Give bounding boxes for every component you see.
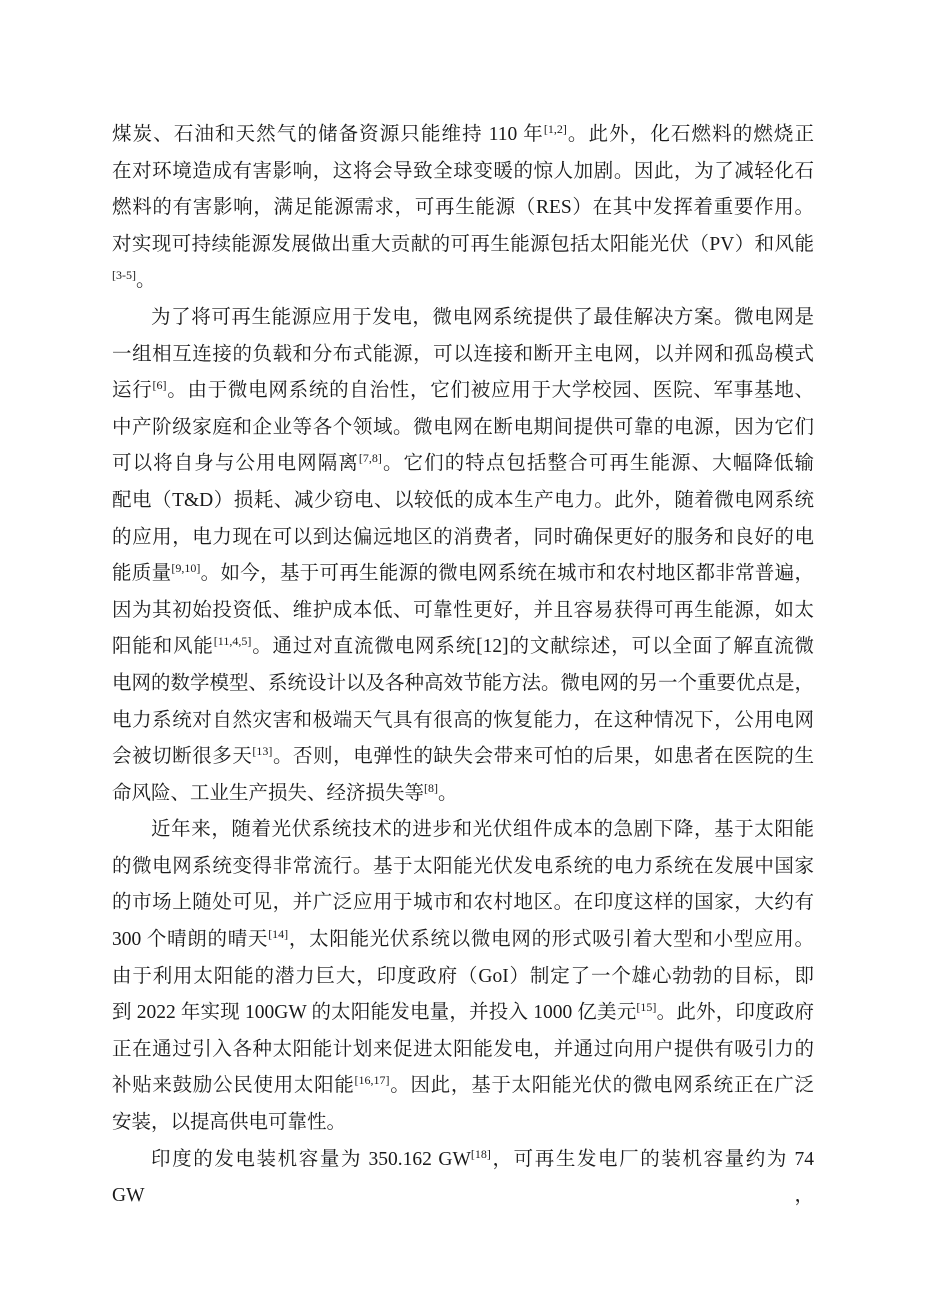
citation-superscript: [14] — [268, 927, 288, 941]
text-line: 的市场上随处可见，并广泛应用于城市和农村地区。在印度这样的国家，大约有 — [112, 885, 814, 922]
citation-superscript: [15] — [636, 1000, 656, 1014]
text-run: 300 个晴朗的晴天 — [112, 929, 268, 950]
text-line: 由于利用太阳能的潜力巨大，印度政府（GoI）制定了一个雄心勃勃的目标，即 — [112, 959, 814, 996]
text-run: 安装，以提高供电可靠性。 — [112, 1112, 346, 1133]
text-run: 在对环境造成有害影响，这将会导致全球变暖的惊人加剧。因此，为了减轻化石 — [112, 161, 814, 182]
text-run: 运行 — [112, 380, 152, 401]
text-run: 的市场上随处可见，并广泛应用于城市和农村地区。在印度这样的国家，大约有 — [112, 892, 814, 913]
text-line: 阳能和风能[11,4,5]。通过对直流微电网系统[12]的文献综述，可以全面了解… — [112, 629, 814, 666]
paragraph: 为了将可再生能源应用于发电，微电网系统提供了最佳解决方案。微电网是一组相互连接的… — [112, 300, 814, 812]
document-body: 煤炭、石油和天然气的储备资源只能维持 110 年[1,2]。此外，化石燃料的燃烧… — [112, 117, 814, 1178]
text-run: 。 — [438, 783, 458, 804]
text-line: 电网的数学模型、系统设计以及各种高效节能方法。微电网的另一个重要优点是， — [112, 666, 814, 703]
text-run: 电网的数学模型、系统设计以及各种高效节能方法。微电网的另一个重要优点是， — [112, 673, 814, 694]
text-run: 电力系统对自然灾害和极端天气具有很高的恢复能力，在这种情况下，公用电网 — [112, 710, 814, 731]
text-run: 阳能和风能 — [112, 636, 214, 657]
text-run: 配电（T&D）损耗、减少窃电、以较低的成本生产电力。此外，随着微电网系统 — [112, 490, 814, 511]
citation-superscript: [1,2] — [544, 122, 567, 136]
text-run: 补贴来鼓励公民使用太阳能 — [112, 1075, 355, 1096]
text-run: 。 — [136, 270, 156, 291]
citation-superscript: [8] — [424, 781, 438, 795]
text-run: 的应用，电力现在可以到达偏远地区的消费者，同时确保更好的服务和良好的电 — [112, 527, 814, 548]
text-run: 。它们的特点包括整合可再生能源、大幅降低输 — [382, 453, 814, 474]
text-line: 燃料的有害影响，满足能源需求，可再生能源（RES）在其中发挥着重要作用。 — [112, 190, 814, 227]
text-line: 中产阶级家庭和企业等各个领域。微电网在断电期间提供可靠的电源，因为它们 — [112, 410, 814, 447]
paragraph: 印度的发电装机容量为 350.162 GW[18]，可再生发电厂的装机容量约为 … — [112, 1142, 814, 1179]
text-run: 因为其初始投资低、维护成本低、可靠性更好，并且容易获得可再生能源，如太 — [112, 600, 814, 621]
citation-superscript: [16,17] — [355, 1073, 390, 1087]
text-run: 。否则，电弹性的缺失会带来可怕的后果，如患者在医院的生 — [272, 746, 814, 767]
text-line: 因为其初始投资低、维护成本低、可靠性更好，并且容易获得可再生能源，如太 — [112, 593, 814, 630]
text-line: 对实现可持续能源发展做出重大贡献的可再生能源包括太阳能光伏（PV）和风能 — [112, 227, 814, 264]
text-line: 运行[6]。由于微电网系统的自治性，它们被应用于大学校园、医院、军事基地、 — [112, 373, 814, 410]
text-line: 会被切断很多天[13]。否则，电弹性的缺失会带来可怕的后果，如患者在医院的生 — [112, 739, 814, 776]
text-line: 的应用，电力现在可以到达偏远地区的消费者，同时确保更好的服务和良好的电 — [112, 520, 814, 557]
text-run: 近年来，随着光伏系统技术的进步和光伏组件成本的急剧下降，基于太阳能 — [151, 819, 814, 840]
text-run: 。此外，化石燃料的燃烧正 — [567, 124, 814, 145]
text-line: 近年来，随着光伏系统技术的进步和光伏组件成本的急剧下降，基于太阳能 — [112, 812, 814, 849]
text-run: 。如今，基于可再生能源的微电网系统在城市和农村地区都非常普遍， — [200, 563, 814, 584]
text-line: 正在通过引入各种太阳能计划来促进太阳能发电，并通过向用户提供有吸引力的 — [112, 1032, 814, 1069]
text-line: 安装，以提高供电可靠性。 — [112, 1105, 814, 1142]
text-line: [3-5]。 — [112, 263, 814, 300]
citation-superscript: [13] — [252, 744, 272, 758]
text-run: 。此外，印度政府 — [656, 1002, 814, 1023]
paragraph: 近年来，随着光伏系统技术的进步和光伏组件成本的急剧下降，基于太阳能的微电网系统变… — [112, 812, 814, 1141]
text-run: 可以将自身与公用电网隔离 — [112, 453, 359, 474]
text-run: 命风险、工业生产损失、经济损失等 — [112, 783, 424, 804]
text-line: 煤炭、石油和天然气的储备资源只能维持 110 年[1,2]。此外，化石燃料的燃烧… — [112, 117, 814, 154]
text-run: 正在通过引入各种太阳能计划来促进太阳能发电，并通过向用户提供有吸引力的 — [112, 1039, 814, 1060]
text-line: 在对环境造成有害影响，这将会导致全球变暖的惊人加剧。因此，为了减轻化石 — [112, 154, 814, 191]
citation-superscript: [6] — [152, 378, 166, 392]
text-run: 对实现可持续能源发展做出重大贡献的可再生能源包括太阳能光伏（PV）和风能 — [112, 234, 814, 255]
text-run: 。因此，基于太阳能光伏的微电网系统正在广泛 — [390, 1075, 814, 1096]
text-line: 电力系统对自然灾害和极端天气具有很高的恢复能力，在这种情况下，公用电网 — [112, 703, 814, 740]
text-line: 印度的发电装机容量为 350.162 GW[18]，可再生发电厂的装机容量约为 … — [112, 1142, 814, 1179]
text-line: 为了将可再生能源应用于发电，微电网系统提供了最佳解决方案。微电网是 — [112, 300, 814, 337]
text-run: 到 2022 年实现 100GW 的太阳能发电量，并投入 1000 亿美元 — [112, 1002, 636, 1023]
paragraph: 煤炭、石油和天然气的储备资源只能维持 110 年[1,2]。此外，化石燃料的燃烧… — [112, 117, 814, 300]
text-line: 补贴来鼓励公民使用太阳能[16,17]。因此，基于太阳能光伏的微电网系统正在广泛 — [112, 1068, 814, 1105]
text-run: 由于利用太阳能的潜力巨大，印度政府（GoI）制定了一个雄心勃勃的目标，即 — [112, 966, 814, 987]
text-run: 为了将可再生能源应用于发电，微电网系统提供了最佳解决方案。微电网是 — [151, 307, 814, 328]
text-run: 。由于微电网系统的自治性，它们被应用于大学校园、医院、军事基地、 — [166, 380, 814, 401]
text-run: 。通过对直流微电网系统[12]的文献综述，可以全面了解直流微 — [251, 636, 814, 657]
text-line: 的微电网系统变得非常流行。基于太阳能光伏发电系统的电力系统在发展中国家 — [112, 849, 814, 886]
citation-superscript: [18] — [471, 1147, 491, 1161]
text-line: 命风险、工业生产损失、经济损失等[8]。 — [112, 776, 814, 813]
text-run: ，太阳能光伏系统以微电网的形式吸引着大型和小型应用。 — [288, 929, 814, 950]
text-run: 会被切断很多天 — [112, 746, 252, 767]
text-line: 300 个晴朗的晴天[14]，太阳能光伏系统以微电网的形式吸引着大型和小型应用。 — [112, 922, 814, 959]
document-page: 煤炭、石油和天然气的储备资源只能维持 110 年[1,2]。此外，化石燃料的燃烧… — [0, 0, 926, 1309]
text-run: 能质量 — [112, 563, 171, 584]
citation-superscript: [3-5] — [112, 268, 136, 282]
text-run: 印度的发电装机容量为 350.162 GW — [151, 1149, 471, 1170]
text-line: 一组相互连接的负载和分布式能源，可以连接和断开主电网，以并网和孤岛模式 — [112, 337, 814, 374]
text-line: 到 2022 年实现 100GW 的太阳能发电量，并投入 1000 亿美元[15… — [112, 995, 814, 1032]
text-line: 可以将自身与公用电网隔离[7,8]。它们的特点包括整合可再生能源、大幅降低输 — [112, 446, 814, 483]
text-run: 燃料的有害影响，满足能源需求，可再生能源（RES）在其中发挥着重要作用。 — [112, 197, 814, 218]
text-run: 中产阶级家庭和企业等各个领域。微电网在断电期间提供可靠的电源，因为它们 — [112, 417, 814, 438]
text-run: 的微电网系统变得非常流行。基于太阳能光伏发电系统的电力系统在发展中国家 — [112, 856, 814, 877]
text-line: 配电（T&D）损耗、减少窃电、以较低的成本生产电力。此外，随着微电网系统 — [112, 483, 814, 520]
text-run: 煤炭、石油和天然气的储备资源只能维持 110 年 — [112, 124, 544, 145]
text-run: 一组相互连接的负载和分布式能源，可以连接和断开主电网，以并网和孤岛模式 — [112, 344, 814, 365]
citation-superscript: [11,4,5] — [214, 634, 252, 648]
citation-superscript: [7,8] — [359, 451, 382, 465]
citation-superscript: [9,10] — [171, 561, 200, 575]
text-line: 能质量[9,10]。如今，基于可再生能源的微电网系统在城市和农村地区都非常普遍， — [112, 556, 814, 593]
